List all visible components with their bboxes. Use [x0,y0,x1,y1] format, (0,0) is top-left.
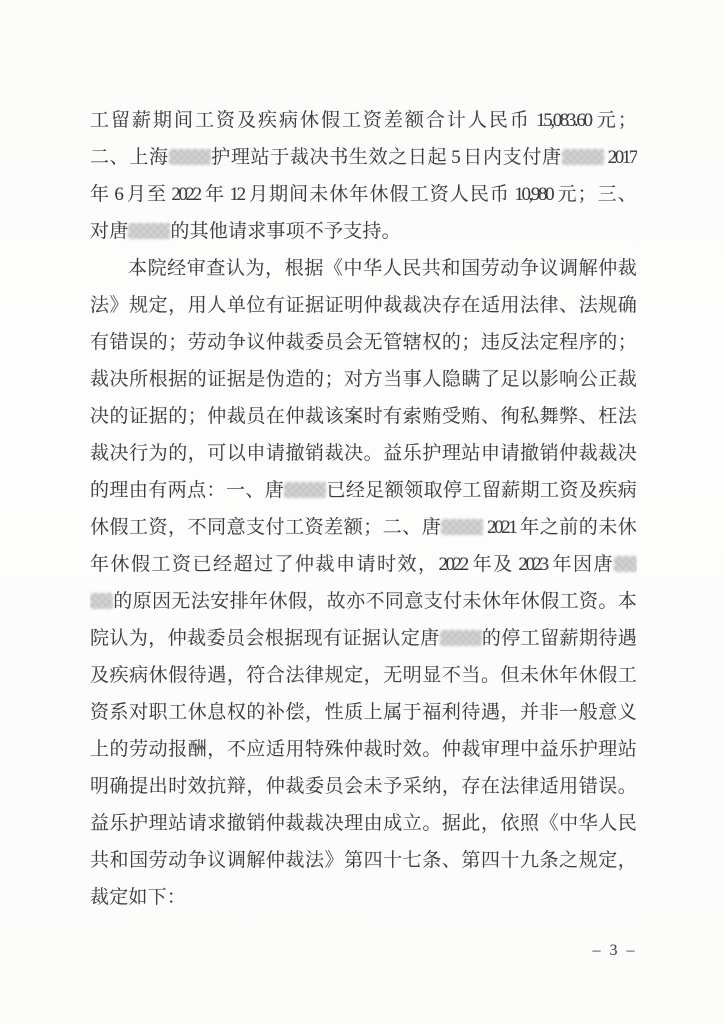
redacted-name [284,482,326,498]
text-segment: 益乐护理站请求撤销仲裁裁决理由成立。据此，依照《中华人民 [90,813,637,834]
text-line: 上的劳动报酬，不应适用特殊仲裁时效。仲裁审理中益乐护理站 [90,731,637,768]
text-segment: 护理站于裁决书生效之日起 [211,147,452,168]
text-segment: 年 [201,184,230,205]
text-segment: 法》规定，用人单位有证据证明仲裁裁决存在适用法律、法规确 [90,295,637,316]
text-segment: 2022 [171,184,200,205]
text-line: 资系对职工休息权的补偿，性质上属于福利待遇，并非一般意义 [90,694,637,731]
text-segment: 2022 [438,554,467,575]
text-segment: 裁定如下： [90,887,186,908]
text-line: 法》规定，用人单位有证据证明仲裁裁决存在适用法律、法规确 [90,287,637,324]
text-segment: 资系对职工休息权的补偿，性质上属于福利待遇，并非一般意义 [90,702,637,723]
text-segment: 月期间未休年休假工资人民币 [245,184,515,205]
text-segment: 年因唐 [548,554,614,575]
text-line: 裁定如下： [90,879,637,916]
text-segment: 裁决行为的，可以申请撤销裁决。益乐护理站申请撤销仲裁裁决 [90,443,637,464]
redacted-name [440,630,482,646]
text-segment: 年 [90,184,114,205]
text-segment: 2023 [518,554,547,575]
text-segment: 对唐 [90,221,128,242]
redacted-name [441,519,483,535]
text-segment: 裁决所根据的证据是伪造的；对方当事人隐瞒了足以影响公正裁 [90,369,637,390]
text-line: 年 6 月至 2022 年 12 月期间未休年休假工资人民币 10,980 元；… [90,176,637,213]
text-line: 益乐护理站请求撤销仲裁裁决理由成立。据此，依照《中华人民 [90,805,637,842]
text-line: 本院经审查认为，根据《中华人民共和国劳动争议调解仲裁 [90,250,637,287]
text-segment: 的停工留薪期待遇 [482,628,637,649]
page-number: – 3 – [593,941,638,961]
redacted-name [562,149,604,165]
text-segment: 及疾病休假待遇，符合法律规定，无明显不当。但未休年休假工 [90,665,637,686]
text-segment: 二、上海 [90,147,169,168]
text-segment: 10,980 [514,184,553,205]
text-line: 有错误的；劳动争议仲裁委员会无管辖权的；违反法定程序的； [90,324,637,361]
text-segment: 的原因无法安排年休假，故亦不同意支付未休年休假工资。本 [113,591,637,612]
text-segment: 月至 [123,184,172,205]
text-segment: 日内支付唐 [459,147,561,168]
document-page: 工留薪期间工资及疾病休假工资差额合计人民币 15,083.60 元；二、上海护理… [0,0,724,1024]
text-line: 休假工资，不同意支付工资差额；二、唐 2021 年之前的未休 [90,509,637,546]
text-segment: 工留薪期间工资及疾病休假工资差额合计人民币 [90,110,536,131]
text-segment: 年之前的未休 [516,517,637,538]
text-line: 对唐的其他请求事项不予支持。 [90,213,637,250]
text-segment: 2021 [487,517,516,538]
redacted-name [128,223,170,239]
redacted-name [169,149,211,165]
text-segment: 6 [114,184,122,205]
text-segment: 15,083.60 [536,110,591,131]
text-segment: 有错误的；劳动争议仲裁委员会无管辖权的；违反法定程序的； [90,332,637,353]
text-segment: 已经足额领取停工留薪期工资及疾病 [326,480,637,501]
text-segment: 共和国劳动争议调解仲裁法》第四十七条、第四十九条之规定， [90,850,637,871]
text-line: 二、上海护理站于裁决书生效之日起 5 日内支付唐 2017 [90,139,637,176]
text-line: 裁决所根据的证据是伪造的；对方当事人隐瞒了足以影响公正裁 [90,361,637,398]
redacted-name [90,593,113,609]
text-segment: 的理由有两点：一、唐 [90,480,284,501]
text-segment: 的其他请求事项不予支持。 [170,221,400,242]
text-line: 共和国劳动争议调解仲裁法》第四十七条、第四十九条之规定， [90,842,637,879]
redacted-name [614,556,637,572]
text-segment: 元； [592,110,637,131]
text-line: 的原因无法安排年休假，故亦不同意支付未休年休假工资。本 [90,583,637,620]
text-segment: 本院经审查认为，根据《中华人民共和国劳动争议调解仲裁 [128,258,637,279]
text-line: 的理由有两点：一、唐已经足额领取停工留薪期工资及疾病 [90,472,637,509]
text-line: 决的证据的；仲裁员在仲裁该案时有索贿受贿、徇私舞弊、枉法 [90,398,637,435]
text-segment: 12 [229,184,244,205]
text-segment: 休假工资，不同意支付工资差额；二、唐 [90,517,441,538]
text-segment: 上的劳动报酬，不应适用特殊仲裁时效。仲裁审理中益乐护理站 [90,739,637,760]
text-line: 年休假工资已经超过了仲裁申请时效，2022 年及 2023 年因唐 [90,546,637,583]
text-line: 院认为，仲裁委员会根据现有证据认定唐的停工留薪期待遇 [90,620,637,657]
text-segment: 院认为，仲裁委员会根据现有证据认定唐 [90,628,440,649]
text-line: 明确提出时效抗辩，仲裁委员会未予采纳，存在法律适用错误。 [90,768,637,805]
text-line: 工留薪期间工资及疾病休假工资差额合计人民币 15,083.60 元； [90,102,637,139]
document-body: 工留薪期间工资及疾病休假工资差额合计人民币 15,083.60 元；二、上海护理… [90,102,637,916]
text-segment: 年休假工资已经超过了仲裁申请时效， [90,554,438,575]
text-line: 及疾病休假待遇，符合法律规定，无明显不当。但未休年休假工 [90,657,637,694]
text-segment: 2017 [608,147,637,168]
text-segment: 元；三、 [553,184,637,205]
text-segment: 明确提出时效抗辩，仲裁委员会未予采纳，存在法律适用错误。 [90,776,637,797]
text-segment: 年及 [468,554,519,575]
text-segment: 决的证据的；仲裁员在仲裁该案时有索贿受贿、徇私舞弊、枉法 [90,406,637,427]
text-line: 裁决行为的，可以申请撤销裁决。益乐护理站申请撤销仲裁裁决 [90,435,637,472]
